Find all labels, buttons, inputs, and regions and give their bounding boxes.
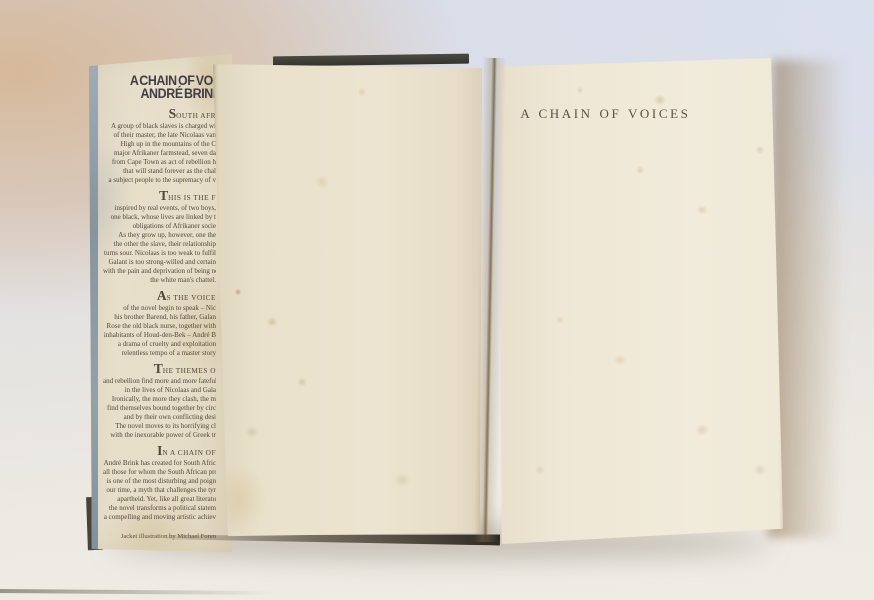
flap-head-rest: S THE VOICE xyxy=(167,293,216,302)
flap-head-rest: HE THEMES O xyxy=(163,366,216,375)
flap-author-name: ANDRÉ BRINI xyxy=(112,87,216,100)
flap-text-line: obligations of Afrikaner socie xyxy=(103,222,216,231)
flap-section: THIS IS THE Finspired by real events, of… xyxy=(103,190,216,285)
flap-text-line: The novel moves to its horrifying cl xyxy=(103,422,216,431)
flap-text-line: Ironically, the more they clash, the m xyxy=(103,395,216,404)
flap-dropcap: T xyxy=(159,188,168,203)
flap-head-rest: OUTH AFR xyxy=(176,111,216,120)
flap-section: SOUTH AFRA group of black slaves is char… xyxy=(103,108,216,185)
backdrop-edge-line xyxy=(0,589,275,595)
flap-section-head: IN A CHAIN OF xyxy=(103,445,216,459)
flap-section: AS THE VOICEof the novel begin to speak … xyxy=(103,290,216,358)
flap-dropcap: T xyxy=(154,361,163,376)
flap-section: IN A CHAIN OFAndré Brink has created for… xyxy=(103,445,216,522)
flap-text-line: High up in the mountains of the C xyxy=(103,140,216,149)
flap-text-line: As they grow up, however, one the xyxy=(103,231,216,240)
flap-text-line: the white man's chattel. xyxy=(103,276,216,285)
jacket-flap: A CHAIN OF VOI ANDRÉ BRINI SOUTH AFRA gr… xyxy=(86,52,232,552)
flap-text-line: Galant is too strong-willed and certain xyxy=(103,258,216,267)
flap-text-line: find themselves bound together by circ xyxy=(103,404,216,413)
flap-text-line: our time, a myth that challenges the tyr xyxy=(103,486,216,495)
flap-text-line: the novel transforms a political statem xyxy=(103,504,216,513)
flap-text-line: and by their own conflicting desi xyxy=(103,413,216,422)
photo-backdrop: A CHAIN OF VOI ANDRÉ BRINI SOUTH AFRA gr… xyxy=(0,0,874,600)
flap-text-line: apartheid. Yet, like all great literatu xyxy=(103,495,216,504)
flap-text-line: a drama of cruelty and exploitation xyxy=(103,340,216,349)
flap-content: A CHAIN OF VOI ANDRÉ BRINI SOUTH AFRA gr… xyxy=(103,64,216,546)
flap-text-line: André Brink has created for South Afric xyxy=(103,459,216,468)
flap-spine-strip xyxy=(89,57,98,552)
right-page-title: A CHAIN OF VOICES xyxy=(496,106,715,122)
flap-text-line: his brother Barend, his father, Galan xyxy=(103,313,216,322)
flap-text-line: in the lives of Nicolaas and Gala xyxy=(103,386,216,395)
left-page xyxy=(212,56,482,538)
flap-text-line: relentless tempo of a master story xyxy=(103,349,216,358)
flap-dropcap: S xyxy=(169,106,177,121)
flap-text-line: major Afrikaner farmstead, seven da xyxy=(103,149,216,158)
flap-sections: SOUTH AFRA group of black slaves is char… xyxy=(103,108,216,522)
flap-text-line: turns sour. Nicolaas is too weak to fulf… xyxy=(103,249,216,258)
flap-text-line: with the inexorable power of Greek tr xyxy=(103,431,216,440)
flap-head-rest: HIS IS THE F xyxy=(168,193,216,202)
flap-text-line: a compelling and moving artistic achiev xyxy=(103,513,216,522)
flap-section-head: AS THE VOICE xyxy=(103,290,216,304)
flap-text-line: inspired by real events, of two boys, xyxy=(103,204,216,213)
flap-text-line: Rose the old black nurse, together with xyxy=(103,322,216,331)
flap-text-line: one black, whose lives are linked by t xyxy=(103,213,216,222)
flap-head-rest: N A CHAIN OF xyxy=(162,448,216,457)
book-board-top-edge xyxy=(273,54,469,67)
flap-section: THE THEMES Oand rebellion find more and … xyxy=(103,363,216,440)
flap-text-line: of the novel begin to speak – Nic xyxy=(103,304,216,313)
flap-text-line: all those for whom the South African pro xyxy=(103,468,216,477)
flap-section-head: SOUTH AFR xyxy=(103,108,216,122)
flap-section-head: THE THEMES O xyxy=(103,363,216,377)
flap-text-line: with the pain and deprivation of being n… xyxy=(103,267,216,276)
flap-text-line: inhabitants of Houd-den-Bek – André B xyxy=(103,331,216,340)
flap-text-line: from Cape Town as act of rebellion h xyxy=(103,158,216,167)
flap-dropcap: A xyxy=(157,288,167,303)
flap-section-head: THIS IS THE F xyxy=(103,190,216,204)
flap-text-line: A group of black slaves is charged wi xyxy=(103,122,216,131)
flap-text-line: is one of the most disturbing and poign xyxy=(103,477,216,486)
flap-text-line: the other the slave, their relationship xyxy=(103,240,216,249)
flap-text-line: and rebellion find more and more fateful xyxy=(103,377,216,386)
flap-text-line: a subject people to the supremacy of v xyxy=(103,176,216,185)
flap-text-line: that will stand forever as the chal xyxy=(103,167,216,176)
flap-text-line: of their master, the late Nicolaas van xyxy=(103,131,216,140)
right-page: A CHAIN OF VOICES xyxy=(496,54,784,546)
flap-title-block: A CHAIN OF VOI ANDRÉ BRINI xyxy=(112,74,216,100)
